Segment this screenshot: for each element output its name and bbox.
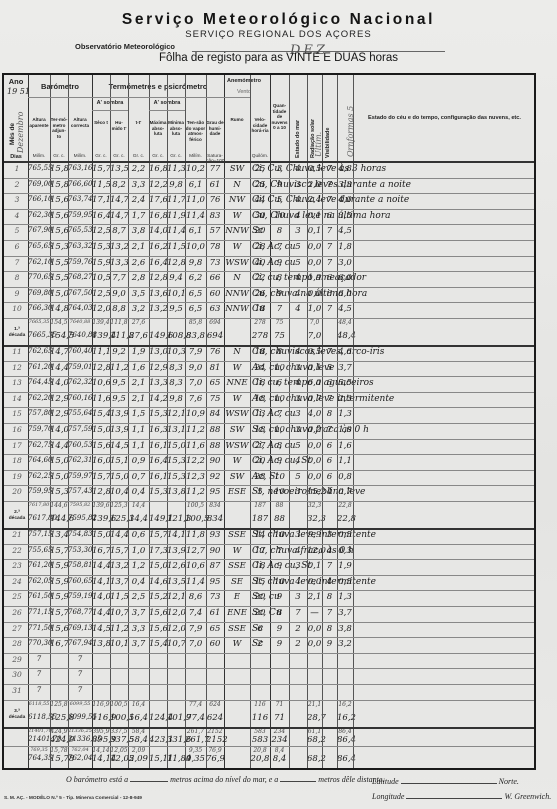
table-cell: 8: [322, 592, 337, 602]
table-cell: 9,8: [185, 258, 206, 268]
column-divider: [289, 75, 290, 768]
page-subtitle: SERVIÇO REGIONAL DOS AÇORES: [0, 29, 557, 40]
table-cell: 2,1: [128, 242, 149, 252]
table-cell: 76: [206, 347, 224, 357]
column-unit: Milím.: [28, 154, 50, 159]
table-cell: 757,15: [28, 530, 50, 538]
table-cell: 762,31: [68, 456, 92, 464]
table-cell: 15,6: [50, 624, 68, 634]
table-cell: 88: [270, 502, 289, 509]
day-number: 28: [7, 639, 27, 648]
table-cell: 6,1: [185, 180, 206, 190]
column-divider: [250, 75, 251, 768]
table-cell: 6,5: [185, 289, 206, 299]
table-cell: 15,3: [50, 487, 68, 497]
table-cell: 16,7: [50, 639, 68, 649]
table-cell: 7: [68, 655, 92, 663]
table-cell: 15,3: [167, 472, 185, 482]
table-cell: 7595,82: [68, 514, 92, 522]
column-unit: Quilóm.: [250, 154, 270, 159]
table-cell: 65: [206, 378, 224, 388]
table-cell: 76,9: [206, 754, 224, 764]
table-cell: 66: [206, 273, 224, 283]
table-cell: 767,50: [68, 289, 92, 297]
day-number: 31: [7, 686, 27, 695]
table-cell: 61,1: [307, 728, 322, 735]
table-cell: 81: [206, 363, 224, 373]
table-cell: 14,1: [92, 577, 110, 587]
table-cell: 22,8: [337, 502, 353, 509]
table-cell: 61: [206, 180, 224, 190]
table-cell: 11,2: [110, 363, 128, 373]
table-cell: 10,5: [92, 273, 110, 283]
table-cell: 73: [206, 592, 224, 602]
row-divider: [4, 559, 534, 560]
table-cell: 12,5: [92, 289, 110, 299]
table-cell: 1,9: [337, 561, 353, 571]
table-cell: 761,20: [28, 561, 50, 569]
column-divider: [68, 75, 69, 768]
table-cell: 753,30: [68, 546, 92, 554]
row-divider: [4, 407, 534, 408]
row-divider: [4, 684, 534, 685]
table-cell: 75: [206, 394, 224, 404]
table-cell: 144,6: [50, 502, 68, 509]
table-cell: 15,6: [149, 624, 167, 634]
table-cell: 10,0: [185, 242, 206, 252]
day-number: 1: [7, 164, 27, 173]
column-header: t-t': [128, 120, 149, 126]
table-cell: N: [224, 180, 250, 190]
table-cell: 8,2: [110, 180, 128, 190]
table-cell: 65: [206, 624, 224, 634]
sky-state-remark: Sc: [252, 639, 263, 649]
table-cell: 16,2: [337, 713, 353, 723]
barometer-note-text-2: metros acima do nível do mar, e a: [170, 775, 278, 784]
table-cell: 14,7: [50, 347, 68, 357]
row-divider: [4, 439, 534, 440]
table-cell: —: [307, 608, 322, 618]
row-divider: [4, 302, 534, 303]
table-cell: 3: [289, 592, 307, 602]
table-cell: 108,8: [167, 331, 185, 341]
table-cell: 14,4: [50, 363, 68, 373]
column-unit: Gr. c.: [149, 154, 167, 159]
table-cell: 71: [270, 701, 289, 708]
column-unit: Gr. c.: [50, 154, 68, 159]
table-cell: 7640,88: [68, 331, 92, 339]
sky-state-remark: Cu, Chuvisco leves durante a noite: [252, 180, 411, 190]
table-cell: 6: [322, 441, 337, 451]
latitude-label: Latitude: [372, 777, 399, 786]
table-cell: 757,59: [68, 425, 92, 433]
table-cell: 2,6: [128, 258, 149, 268]
table-cell: 10,1: [110, 639, 128, 649]
table-cell: 13,6: [149, 289, 167, 299]
table-cell: 15,7: [92, 472, 110, 482]
row-divider: [4, 544, 534, 545]
column-divider: [270, 75, 271, 768]
decade-label: 1.ª década: [6, 327, 28, 339]
table-cell: 11,8: [185, 530, 206, 540]
column-header-vertical: Visibilidade: [325, 83, 331, 158]
table-cell: 15,8: [50, 180, 68, 190]
table-cell: 759,95: [68, 211, 92, 219]
table-cell: 768,27: [68, 273, 92, 281]
table-cell: 76,9: [206, 747, 224, 754]
table-cell: 139,6: [92, 502, 110, 509]
table-cell: 755,64: [68, 409, 92, 417]
table-cell: 694: [206, 319, 224, 326]
table-cell: 3,7: [337, 608, 353, 618]
table-cell: NNW: [224, 226, 250, 236]
table-cell: 11,2: [185, 425, 206, 435]
day-number: 18: [7, 456, 27, 465]
table-cell: 17,3: [149, 546, 167, 556]
table-cell: 7665,35: [28, 319, 50, 325]
table-cell: 771,50: [28, 624, 50, 632]
table-cell: 13,9: [167, 546, 185, 556]
row-divider: [4, 590, 534, 591]
longitude-field[interactable]: [406, 798, 502, 799]
table-cell: 6,1: [185, 226, 206, 236]
table-cell: 15,11: [149, 754, 167, 764]
table-cell: 771,15: [28, 608, 50, 616]
table-cell: 16,2: [149, 242, 167, 252]
distance-field[interactable]: [280, 781, 316, 782]
table-cell: 762,04: [68, 747, 92, 753]
column-header: Máxima abso-luta: [149, 120, 167, 137]
table-cell: 125,3: [110, 514, 128, 524]
table-cell: 15,3: [149, 409, 167, 419]
table-cell: WSW: [224, 258, 250, 268]
table-cell: 9,5: [167, 304, 185, 314]
table-cell: 12,8: [92, 487, 110, 497]
table-cell: 13,2: [110, 561, 128, 571]
table-cell: 0,4: [128, 487, 149, 497]
table-cell: 14,4: [110, 530, 128, 540]
sheet-title-prefix: Fôlha de registo para as: [159, 52, 283, 64]
row-divider: [4, 240, 534, 241]
table-cell: 16,4: [92, 211, 110, 221]
column-unit: Gr. c.: [92, 154, 110, 159]
table-cell: 12,3: [185, 472, 206, 482]
observatory-label: Observatório Meteorológico: [75, 42, 175, 51]
table-cell: 261,7: [185, 735, 206, 745]
latitude-row: Latitude Norte.: [372, 777, 519, 786]
table-cell: 769,35: [28, 747, 50, 753]
row-divider: [4, 224, 534, 225]
table-cell: 2,5: [128, 592, 149, 602]
table-cell: 769,13: [68, 624, 92, 632]
table-cell: 3,7: [128, 608, 149, 618]
table-cell: 116: [250, 713, 270, 723]
table-cell: 60: [206, 289, 224, 299]
row-divider: [92, 110, 128, 111]
table-cell: 624: [206, 713, 224, 723]
altitude-field[interactable]: [130, 781, 168, 782]
table-cell: 754,83: [68, 530, 92, 538]
table-cell: 757,43: [68, 487, 92, 495]
table-cell: 20,8: [250, 754, 270, 764]
table-cell: 77,4: [185, 701, 206, 708]
table-cell: 125,8: [50, 701, 68, 708]
table-cell: 12,2: [185, 456, 206, 466]
table-cell: 13,9: [110, 425, 128, 435]
table-cell: 61: [206, 608, 224, 618]
table-cell: 100,5: [185, 502, 206, 509]
table-cell: 12,05: [110, 747, 128, 754]
sky-state-remark: Ci, Cu, Chuva leve às 3 horas: [252, 164, 386, 174]
column-header: Ter-mó-metro adjun-to: [50, 117, 68, 139]
table-cell: 14,7: [110, 211, 128, 221]
table-cell: 58,4: [128, 728, 149, 735]
table-cell: 7,0: [307, 331, 322, 341]
table-cell: SW: [224, 472, 250, 482]
table-cell: 3,3: [128, 180, 149, 190]
table-cell: W: [224, 394, 250, 404]
table-cell: 14,6: [149, 577, 167, 587]
table-cell: 14,5: [110, 441, 128, 451]
row-divider: [4, 392, 534, 393]
table-cell: 13,2: [149, 304, 167, 314]
table-cell: 125,8: [50, 713, 68, 723]
table-cell: 2152: [206, 728, 224, 735]
table-cell: 7617,80: [28, 502, 50, 508]
table-cell: 14,1: [167, 530, 185, 540]
table-cell: W: [224, 211, 250, 221]
table-cell: 8: [322, 409, 337, 419]
table-cell: 762,75: [28, 441, 50, 449]
sky-state-remark: Sc: [252, 624, 263, 634]
table-cell: 762,20: [28, 394, 50, 402]
table-cell: 16,7: [92, 546, 110, 556]
table-cell: 7595,82: [68, 502, 92, 508]
table-cell: 116: [250, 701, 270, 708]
column-divider: [92, 75, 93, 768]
sky-state-remark: Cu, chuva fraca às 0 h: [252, 546, 354, 556]
table-cell: 2,1: [307, 592, 322, 602]
table-cell: 7,4: [185, 608, 206, 618]
table-cell: 16,4: [149, 456, 167, 466]
table-cell: 12,7: [185, 546, 206, 556]
table-cell: 8: [322, 624, 337, 634]
table-cell: 7,6: [185, 394, 206, 404]
column-divider: [322, 75, 323, 768]
day-number: 13: [7, 378, 27, 387]
row-divider: [4, 746, 534, 747]
table-cell: 770,30: [28, 639, 50, 647]
barometer-note-text-1: O barómetro está a: [66, 775, 128, 784]
table-cell: SSE: [224, 530, 250, 540]
table-cell: 10,4: [110, 487, 128, 497]
table-cell: 95: [206, 487, 224, 497]
table-cell: 14,2: [149, 394, 167, 404]
table-cell: 15,78: [50, 754, 68, 764]
column-unit: Milím.: [68, 154, 92, 159]
table-cell: 88: [270, 514, 289, 524]
day-number: 4: [7, 211, 27, 220]
table-cell: 100,5: [110, 701, 128, 708]
column-divider: [50, 75, 51, 768]
table-cell: 83,8: [185, 331, 206, 341]
year-value: 19 51: [7, 87, 30, 96]
table-cell: 139,4: [92, 331, 110, 341]
column-divider: [167, 75, 168, 768]
row-divider: [4, 470, 534, 471]
table-cell: 93: [206, 530, 224, 540]
table-cell: 12,0: [92, 304, 110, 314]
column-header: Rumo: [224, 117, 250, 123]
day-label: Dias: [4, 154, 28, 161]
table-cell: 86,4: [337, 735, 353, 745]
table-cell: 6: [322, 456, 337, 466]
table-cell: 9,35: [185, 754, 206, 764]
table-cell: 834: [206, 502, 224, 509]
table-cell: 10,1: [167, 289, 185, 299]
latitude-field[interactable]: [401, 783, 497, 784]
table-cell: 101,9: [167, 713, 185, 723]
table-cell: 7,0: [185, 639, 206, 649]
day-number: 2: [7, 180, 27, 189]
table-cell: 331,6: [167, 735, 185, 745]
table-cell: 85,8: [185, 319, 206, 326]
day-number: 30: [7, 670, 27, 679]
table-cell: 12,8: [149, 273, 167, 283]
table-cell: 2: [289, 624, 307, 634]
day-number: 16: [7, 425, 27, 434]
table-cell: 7: [289, 608, 307, 618]
sky-state-remark: Ac, cu, chuva leve intermitente: [252, 394, 394, 404]
row-divider: [28, 97, 224, 98]
table-cell: 125,3: [110, 502, 128, 509]
row-divider: [4, 668, 534, 669]
table-cell: 15,8: [50, 164, 68, 174]
day-number: 29: [7, 655, 27, 664]
table-cell: 32,3: [307, 502, 322, 509]
table-cell: 6118,55: [28, 713, 50, 721]
table-cell: WSW: [224, 409, 250, 419]
table-cell: 15,0: [167, 441, 185, 451]
table-cell: 755,65: [28, 546, 50, 554]
table-cell: 63: [206, 304, 224, 314]
row-divider: [4, 209, 534, 210]
table-cell: 144,6: [50, 514, 68, 524]
table-cell: E: [224, 592, 250, 602]
table-cell: 1,0: [307, 304, 322, 314]
row-divider: [4, 528, 534, 530]
table-cell: 13,2: [110, 242, 128, 252]
table-cell: 759,70: [28, 425, 50, 433]
row-divider: [4, 700, 534, 701]
table-cell: 6118,55: [28, 701, 50, 707]
table-cell: 3,0: [337, 258, 353, 268]
table-cell: 9,5: [110, 378, 128, 388]
table-cell: 15,9: [50, 592, 68, 602]
table-cell: W: [224, 639, 250, 649]
sky-state-remark: Sc, Cu: [252, 608, 282, 618]
row-divider: [4, 423, 534, 424]
column-header: Sêco t: [92, 120, 110, 126]
row-divider: [4, 501, 534, 502]
table-cell: 14,14: [92, 754, 110, 764]
table-cell: 11,9: [167, 211, 185, 221]
table-cell: 15,0: [110, 472, 128, 482]
table-cell: 12,8: [92, 363, 110, 373]
day-number: 27: [7, 624, 27, 633]
table-cell: 15,7: [92, 164, 110, 174]
day-number: 19: [7, 472, 27, 481]
table-cell: 8,8: [110, 304, 128, 314]
form-imprint: S. M. AÇ. - MODÊLO N.º 5 - Tip. Minerva …: [4, 796, 142, 801]
decade-label: 3.ª década: [6, 709, 28, 721]
table-cell: 759,01: [68, 363, 92, 371]
table-cell: 71: [270, 713, 289, 723]
table-cell: 16,1: [149, 441, 167, 451]
table-cell: 12,1: [167, 592, 185, 602]
table-cell: 762,65: [28, 347, 50, 355]
table-cell: 1,2: [128, 561, 149, 571]
table-cell: 0,0: [307, 624, 322, 634]
day-number: 15: [7, 409, 27, 418]
row-divider: [4, 256, 534, 257]
table-cell: 0,4: [128, 577, 149, 587]
table-cell: 765,55: [28, 164, 50, 172]
table-cell: 86,4: [337, 754, 353, 764]
row-divider: [4, 606, 534, 607]
table-cell: 13,1: [167, 425, 185, 435]
table-cell: 12,5: [92, 226, 110, 236]
table-cell: 11,0: [185, 195, 206, 205]
table-cell: 13,7: [110, 577, 128, 587]
row-divider: [4, 361, 534, 362]
day-number: 5: [7, 226, 27, 235]
column-header-vertical: Estado do mar: [295, 83, 301, 158]
table-cell: 0,7: [128, 472, 149, 482]
table-cell: 3,5: [128, 289, 149, 299]
table-cell: 1,7: [128, 211, 149, 221]
sheet-title-suffix: horas: [369, 52, 398, 64]
table-cell: 16,4: [149, 258, 167, 268]
table-cell: 84: [206, 409, 224, 419]
table-cell: 15,5: [50, 273, 68, 283]
logbook-page: Serviço Meteorológico Nacional SERVIÇO R…: [0, 0, 557, 809]
column-divider: [307, 75, 308, 768]
table-cell: 762,05: [28, 577, 50, 585]
table-cell: 15,7: [50, 608, 68, 618]
table-cell: 88: [206, 425, 224, 435]
table-cell: 12,1: [167, 409, 185, 419]
table-cell: 11,3: [167, 164, 185, 174]
table-cell: 761,50: [28, 592, 50, 600]
table-cell: 9,35: [185, 747, 206, 754]
table-cell: 15,7: [149, 530, 167, 540]
table-cell: 14,4: [128, 502, 149, 509]
table-cell: 116,9: [92, 701, 110, 708]
table-cell: 48,4: [337, 319, 353, 326]
table-cell: 261,7: [185, 728, 206, 735]
column-header: Ten-são do vapor atmos-férico: [185, 120, 206, 142]
table-cell: 15,5: [50, 258, 68, 268]
table-cell: 7: [28, 686, 50, 694]
table-cell: 15,0: [92, 425, 110, 435]
table-cell: 0,0: [307, 441, 322, 451]
table-cell: 7,9: [185, 347, 206, 357]
table-cell: 16,0: [92, 456, 110, 466]
table-cell: 95: [206, 577, 224, 587]
table-cell: 12,9: [50, 394, 68, 404]
table-cell: W: [224, 546, 250, 556]
